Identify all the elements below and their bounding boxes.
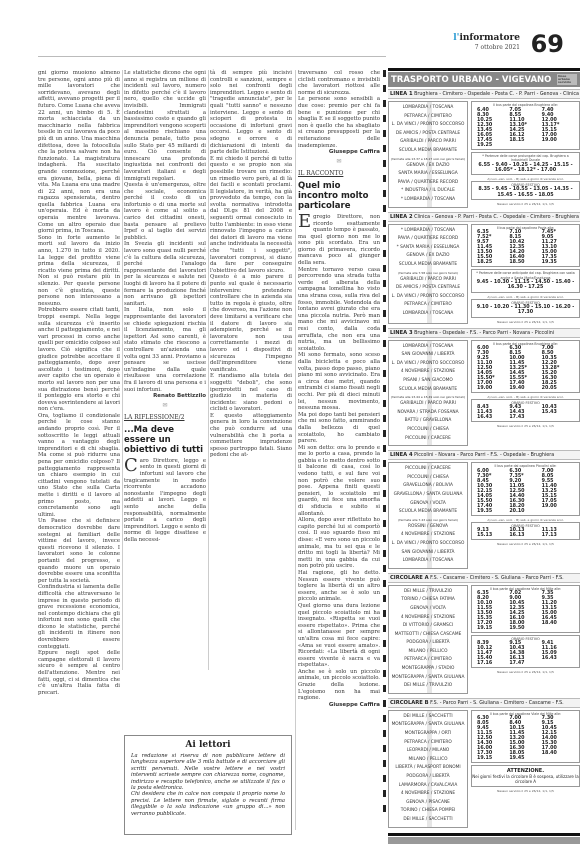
holiday-schedule: ORARIO FESTIVO8.35 - 9.45 - 10.55 - 13.0… <box>471 181 580 200</box>
bus-stop: PICCOLINI / CARCERE <box>389 465 467 474</box>
article-column-4: traversano col rosso che ciclisti contro… <box>298 70 380 708</box>
bus-stop: PICCOLINI / CHIESA <box>389 426 467 435</box>
stop-list: DEI MILLE / TRIVULZIOTORINO / CHIESA FAT… <box>388 585 468 694</box>
paragraph: Ma poi dopo tanti bei pensieri che mi so… <box>298 412 380 445</box>
signature: Renato Bettizzilo <box>124 393 206 400</box>
no-service-note: Nessun servizio il 25 e 26/12, 1/1, 1/5 <box>471 670 580 674</box>
bus-stop: GRAVELLONA / SANTA GIULIANA <box>389 491 467 500</box>
paragraph: gni giorno muoiono almeno tre persone, o… <box>38 70 120 235</box>
bus-stop: PAVIA / QUARTIERE RECORD <box>389 235 467 244</box>
article-body: Egregio Direttore, non ricordo esattamen… <box>298 214 380 267</box>
departure-time: 19.40 <box>509 386 541 391</box>
top-rule <box>38 56 386 57</box>
holiday-schedule: ORARIO FESTIVO8.399.159.4110.1210.4311.1… <box>471 635 580 668</box>
paragraph: E questo atteggiamento genera in loro la… <box>210 413 292 459</box>
bus-stop: MONTEGRAPPA / ORTI <box>389 730 467 739</box>
bus-stop: SAN GIOVANNI / LIBERTÀ <box>389 549 467 558</box>
bus-stop: DEI MILLE / SACCHETTI <box>389 713 467 722</box>
bus-stop: MATTEOTTI / CHIESA CASCAME <box>389 631 467 640</box>
transport-timetable: TRASPORTO URBANO - VIGEVANO linee urbane… <box>388 68 580 844</box>
paragraph: Ora, togliamo il condizionale perché le … <box>38 413 120 519</box>
letter-icon: ✉ <box>124 403 206 410</box>
paragraph: Mentre tornavo verso casa percorrendo un… <box>298 267 380 353</box>
article-column-1: gni giorno muoiono almeno tre persone, o… <box>38 70 120 696</box>
bus-stop: PETRARCA / CIMITERO <box>389 301 467 310</box>
bus-stop: LEOPARDI / MILANO <box>389 747 467 756</box>
holiday-time: 17.47 <box>509 661 541 666</box>
article-column-3: tà di sempre più incisivi controlli e sa… <box>210 70 292 459</box>
bus-stop: TORINO / CHIESA FATIMA <box>389 596 467 605</box>
paragraph: Allora, dopo aver riflettuto ho capito p… <box>298 517 380 570</box>
bus-stop: L. DA VINCI / PRONTO SOCCORSO <box>389 121 467 130</box>
bus-stop: LOMBARDIA / TOSCANA <box>389 310 467 319</box>
holiday-time <box>542 415 574 420</box>
holiday-time: 16.13 <box>509 533 541 538</box>
holiday-schedule: ORARIO FESTIVO9.1310.1311.1315.1316.1317… <box>471 522 580 540</box>
bus-stop: MONTEGRAPPA / SANTA GIULIANA <box>389 674 467 683</box>
readers-notice-text: La redazione si riserva di non pubblicar… <box>131 753 285 791</box>
bus-stop: MILANO / PELLICO <box>389 756 467 765</box>
no-service-note: Nessun servizio il 25 e 26/12, 1/1, 1/5 <box>471 424 580 428</box>
column-divider <box>122 70 123 670</box>
drop-cap: E <box>298 214 311 229</box>
newspaper-brand: l'informatore <box>453 33 520 43</box>
paragraph: Hai ragione, gli ho detto. Nessun essere… <box>298 570 380 603</box>
signature: Giuseppe Caffira <box>298 702 380 709</box>
bus-stop: DEI MILLE / TRIVULZIO <box>389 588 467 597</box>
bus-stop: * INDUSTRIA / IL DUCALE <box>389 187 467 196</box>
bus-stop: 4 NOVEMBRE / STAZIONE <box>389 790 467 799</box>
paragraph: In Italia, non solo il rappresentante de… <box>124 307 206 393</box>
divider <box>388 833 580 836</box>
bus-stop: * SANTA MARIA / ESSELUNGA <box>389 244 467 253</box>
holiday-time: 17.16 <box>477 661 509 666</box>
bus-stop: DE AMICIS / POSTA CENTRALE <box>389 284 467 293</box>
bus-stop: DEI MILLE / SACCHETTI <box>389 816 467 825</box>
readers-notice-text: Chi desidera che in calce non compaia il… <box>131 791 285 817</box>
holiday-time: 17.43 <box>509 415 541 420</box>
bus-stop: GENOVA / EX DAZIO <box>389 252 467 261</box>
stop-list: LOMBARDIA / TOSCANASAN GIOVANNI / LIBERT… <box>388 340 468 447</box>
bus-stop: * LOMBARDIA / TOSCANA <box>389 227 467 236</box>
timetable-header: TRASPORTO URBANO - VIGEVANO linee urbane… <box>388 72 580 87</box>
letter-icon: ✉ <box>298 159 380 166</box>
bus-stop: SANTA MARIA / ESSELUNGA <box>389 170 467 179</box>
schedule: Il bus parte dal capolinea Viale dei Mil… <box>471 710 580 828</box>
departure-time: 19.15 <box>477 756 509 761</box>
line-title: CIRCOLARE A F.S. - Cascame - Cimitero - … <box>388 573 580 583</box>
paragraph: E mi chiedo il perché di tutto questo e … <box>210 156 292 275</box>
bus-stop: SCUOLA MEDIA BRAMANTE <box>389 261 467 270</box>
weekday-schedule: Il bus parte dal capolinea Viale dei Mil… <box>471 585 580 634</box>
holiday-schedule: ORARIO FESTIVO8.439.4310.4311.4314.4315.… <box>471 399 580 422</box>
holiday-time <box>542 661 574 666</box>
timetable-badge: linee urbane servizio <box>557 74 577 85</box>
bus-stop: LAMARMORA / CAVALCAVIA <box>389 782 467 791</box>
decorative-bars <box>383 70 387 830</box>
schedule: Il bus parte dal capolinea Piccolini all… <box>471 462 580 569</box>
departure-time <box>542 509 574 514</box>
paragraph: tà di sempre più incisivi controlli e sa… <box>210 70 292 156</box>
bus-stop: PETRARCA / CIMITERO <box>389 739 467 748</box>
departure-time: 19.15 <box>477 626 509 631</box>
readers-notice-box: Ai lettori La redazione si riserva di no… <box>124 735 292 835</box>
bus-stop: SAN GIOVANNI / LIBERTÀ <box>389 351 467 360</box>
bus-stop: PICCOLINI / CARCERE <box>389 435 467 444</box>
bus-stop: PICCOLINI / CHIESA <box>389 474 467 483</box>
paragraph: Le statistiche dicono che ogni anno si r… <box>124 70 206 182</box>
stop-list: DEI MILLE / SACCHETTIMONTEGRAPPA / SANTA… <box>388 710 468 828</box>
paragraph: Un Paese che si definisce democratico do… <box>38 518 120 584</box>
bus-stop: SCUOLA MEDIA BRAMANTE <box>389 508 467 517</box>
departure-time: 19.00 <box>477 386 509 391</box>
article-headline: Quel mio incontro molto particolare <box>298 181 380 211</box>
line-title: LINEA 3 Brughiera - Ospedale - F.S. - Pa… <box>388 328 580 338</box>
line-title: CIRCOLARE B F.S. - Parco Parri - S. Giul… <box>388 698 580 708</box>
bus-line: LINEA 4 Piccolini - Novara - Parco Parri… <box>388 450 580 571</box>
no-service-note: Nessun servizio il 25 e 26/12, 1/1, 1/5 <box>471 789 580 793</box>
departure-time: 19.35 <box>477 509 509 514</box>
schedule: Il bus parte dal capolinea Pavia alle: 6… <box>471 224 580 324</box>
bus-line: LINEA 2 Clinica - Genova - P. Parri - Po… <box>388 212 580 326</box>
article-column-2: Le statistiche dicono che ogni anno si r… <box>124 70 206 544</box>
departure-time <box>542 756 574 761</box>
bus-stop: PETRARCA / CIMITERO <box>389 113 467 122</box>
departure-time: 19.35 <box>542 260 574 265</box>
holiday-time: 17.13 <box>542 533 574 538</box>
bus-stop: L. DA VINCI / PRONTO SOCCORSO <box>389 293 467 302</box>
paragraph: Questa è un'emergenza, oltre che sociale… <box>124 182 206 241</box>
departure-time: 19.50 <box>509 626 541 631</box>
no-service-note: Nessun servizio il 25 e 26/12, 1/1, 1/5 <box>471 202 580 206</box>
paragraph: traversano col rosso che ciclisti contro… <box>298 70 380 96</box>
line-title: LINEA 2 Clinica - Genova - P. Parri - Po… <box>388 212 580 222</box>
departure-time <box>542 143 574 148</box>
paragraph: Sono in forte aumento le morti sul lavor… <box>38 235 120 308</box>
paragraph: Mi sono fermato, sono sceso dalla bicicl… <box>298 352 380 411</box>
article-body: Caro Direttore, leggo e sento in questi … <box>124 458 206 544</box>
bus-stop: 4 NOVEMBRE / STAZIONE <box>389 531 467 540</box>
holiday-time: 15.13 <box>477 533 509 538</box>
bus-stop: GENOVA / EX DAZIO <box>389 162 467 171</box>
extended-runs: * Partenze delle corse anticipate dal ca… <box>471 269 580 293</box>
bus-stop: PAVIA / QUARTIERE RECORD <box>389 179 467 188</box>
paragraph: Anche se è solo un piccolo animale, un p… <box>298 669 380 702</box>
schedule: Il bus parte dal capolinea Viale dei Mil… <box>471 585 580 694</box>
extended-runs: * Partenze delle corse prolungate dal ca… <box>471 152 580 176</box>
stop-list: * LOMBARDIA / TOSCANAPAVIA / QUARTIERE R… <box>388 224 468 324</box>
bus-stop: ROSSINI / GENOVA <box>389 523 467 532</box>
issue-date: 7 ottobre 2021 <box>475 44 520 51</box>
bus-stop: GARIBALDI / PARCO PARRI <box>389 400 467 409</box>
paragraph: Le persone sono sensibili a due cose: pr… <box>298 96 380 149</box>
departure-time: 20.05 <box>542 386 574 391</box>
bus-stop: BATTÙ / GRAVELLONA <box>389 417 467 426</box>
schedule: Il bus parte dal capolinea Brughiera all… <box>471 101 580 208</box>
paragraph: E riandiamo alla tutela dei soggetti "de… <box>210 373 292 413</box>
paragraph: Questo è a mio parere il punto sul quale… <box>210 274 292 373</box>
departure-time: 18.50 <box>509 260 541 265</box>
paragraph: Quel giorno una dura lezione quel piccol… <box>298 603 380 669</box>
no-service-note: Nessun servizio il 25 e 26/12, 1/1, 1/5 <box>471 320 580 324</box>
paragraph: Potrebbero essere citati tanti, troppi e… <box>38 307 120 413</box>
bus-stop: PODGORA / LIBERTÀ <box>389 639 467 648</box>
divider <box>388 68 580 71</box>
bus-stop: 4 NOVEMBRE / STAZIONE <box>389 368 467 377</box>
paragraph: Eppure negli spot delle campagne elettor… <box>38 650 120 696</box>
bus-stop: 4 NOVEMBRE / STAZIONE <box>389 614 467 623</box>
paragraph: Confindustria si lamenta delle difficolt… <box>38 584 120 650</box>
bus-stop: GENOVA / VOLTA <box>389 605 467 614</box>
bus-line: CIRCOLARE A F.S. - Cascame - Cimitero - … <box>388 573 580 696</box>
masthead: l'informatore 7 ottobre 2021 69 <box>0 0 580 40</box>
bus-stop: L. DA VINCI / PRONTO SOCCORSO <box>389 360 467 369</box>
section-kicker: LA RIFLESSIONE/2 <box>124 415 206 422</box>
bus-stop: LOMBARDIA / TOSCANA <box>389 104 467 113</box>
weekday-schedule: Il bus parte dal capolinea Brughiera all… <box>471 101 580 150</box>
bus-stop: LOMBARDIA / TOSCANA <box>389 343 467 352</box>
line-title: LINEA 1 Brughiera - Cimitero - Ospedale … <box>388 89 580 99</box>
bus-stop: TORINO / CHIESA POMPEI <box>389 807 467 816</box>
departure-time <box>542 626 574 631</box>
bus-stop: GARIBALDI / PARCO PARRI <box>389 276 467 285</box>
bus-stop: PODGORA / LIBERTÀ <box>389 773 467 782</box>
bus-stop: MILANO / PELLICO <box>389 648 467 657</box>
bus-stop: DI VITTORIO / GRAMSCI <box>389 622 467 631</box>
column-divider <box>295 70 296 830</box>
weekday-schedule: Il bus parte dal capolinea Brughiera all… <box>471 340 580 394</box>
readers-notice-title: Ai lettori <box>131 740 285 750</box>
bus-stop: NOVARA / STRADA FOSSANA <box>389 409 467 418</box>
stop-list: PICCOLINI / CARCEREPICCOLINI / CHIESAGRA… <box>388 462 468 569</box>
page-number: 69 <box>531 30 564 58</box>
departure-time: 18.25 <box>477 260 509 265</box>
weekday-schedule: Il bus parte dal capolinea Viale dei Mil… <box>471 710 580 764</box>
schedule: Il bus parte dal capolinea Brughiera all… <box>471 340 580 447</box>
bus-stop: * LOMBARDIA / TOSCANA <box>389 196 467 205</box>
bus-stop: GRAVELLONA / BOLIVIA <box>389 482 467 491</box>
bus-stop: GENOVA / PISACANE <box>389 799 467 808</box>
paragraph: Mi son detto: ora lo prendo e me lo port… <box>298 445 380 518</box>
bus-stop: LOMBARDIA / TOSCANA <box>389 557 467 566</box>
drop-cap: C <box>124 458 138 473</box>
bus-stop: GARIBALDI / PARCO PARRI <box>389 138 467 147</box>
signature: Giuseppe Caffira <box>298 149 380 156</box>
section-kicker: IL RACCONTO <box>298 171 380 178</box>
attention-notice: ATTENZIONE. Nei giorni festivi la circol… <box>471 765 580 787</box>
paragraph: In Svezia gli incidenti sul lavoro sono … <box>124 241 206 307</box>
stop-list: LOMBARDIA / TOSCANAPETRARCA / CIMITEROL.… <box>388 101 468 208</box>
departure-time: 19.45 <box>509 756 541 761</box>
departure-time <box>509 143 541 148</box>
line-title: LINEA 4 Piccolini - Novara - Parco Parri… <box>388 450 580 460</box>
bus-stop: SCUOLA MEDIA BRAMANTE <box>389 147 467 156</box>
holiday-schedule: ORARIO FESTIVO9.10 - 10.20 - 11.30 - 15.… <box>471 299 580 318</box>
bus-line: LINEA 1 Brughiera - Cimitero - Ospedale … <box>388 89 580 210</box>
bus-stop: DE AMICIS / POSTA CENTRALE <box>389 130 467 139</box>
bus-lines: LINEA 1 Brughiera - Cimitero - Ospedale … <box>388 89 580 830</box>
bus-line: CIRCOLARE B F.S. - Parco Parri - S. Giul… <box>388 698 580 830</box>
departure-time: 20.10 <box>509 509 541 514</box>
bus-stop: PISANI / SAN GIACOMO <box>389 377 467 386</box>
bus-line: LINEA 3 Brughiera - Ospedale - F.S. - Pa… <box>388 328 580 449</box>
holiday-time: 16.43 <box>477 415 509 420</box>
bus-stop: PETRARCA / CIMITERO <box>389 656 467 665</box>
weekday-schedule: Il bus parte dal capolinea Pavia alle: 6… <box>471 224 580 268</box>
column-divider <box>208 70 209 670</box>
bus-stop: DEI MILLE / TRIVULZIO <box>389 682 467 691</box>
weekday-schedule: Il bus parte dal capolinea Piccolini all… <box>471 462 580 516</box>
bus-stop: LIBERTÀ / PALASPORT BONOMI <box>389 764 467 773</box>
departure-time: 19.25 <box>477 143 509 148</box>
bus-stop: L. DA VINCI / PRONTO SOCCORSO <box>389 540 467 549</box>
bus-stop: MONTEGRAPPA / SANTA GIULIANA <box>389 721 467 730</box>
divider <box>388 837 580 844</box>
no-service-note: Nessun servizio il 25 e 26/12, 1/1, 1/5 <box>471 542 580 546</box>
bus-stop: SCUOLA MEDIA BRAMANTE <box>389 386 467 395</box>
article-headline: ...Ma deve essere un obiettivo di tutti <box>124 425 206 455</box>
bus-stop: GENOVA / VOLTA <box>389 500 467 509</box>
bus-stop: MONTEGRAPPA / STADIO <box>389 665 467 674</box>
